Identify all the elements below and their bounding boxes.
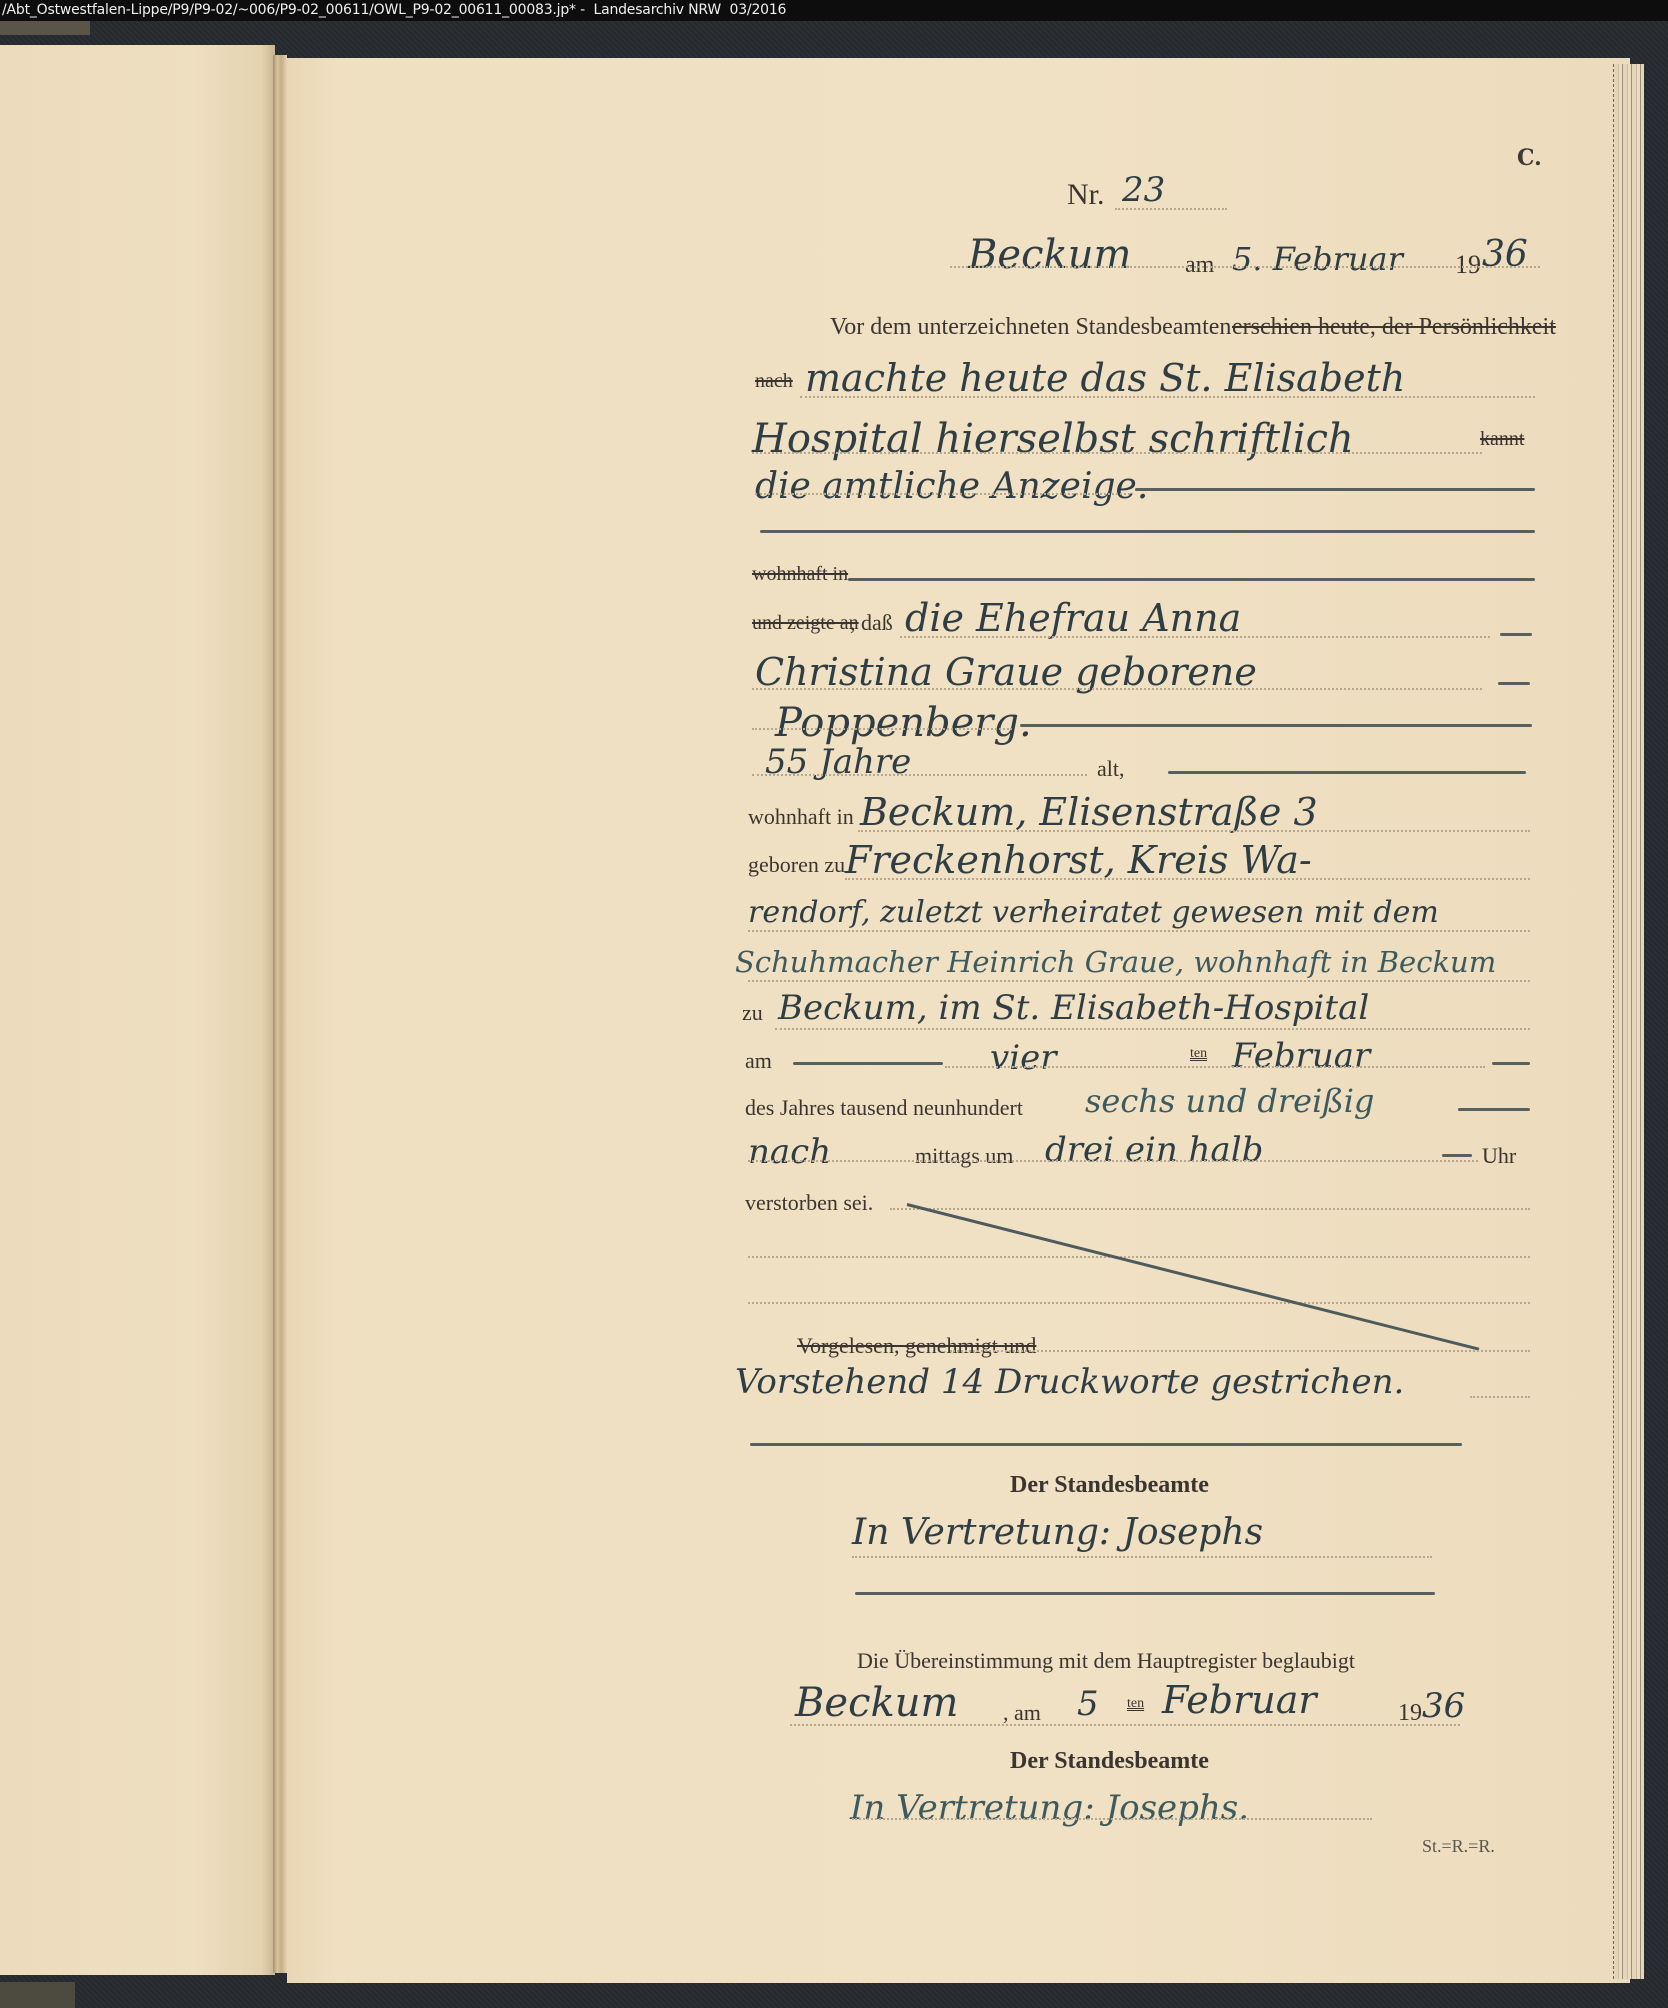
cover-edge-bottom bbox=[0, 1982, 75, 2008]
born-value: Freckenhorst, Kreis Wa- bbox=[845, 838, 1312, 882]
intro-printed: Vor dem unterzeichneten Standesbeamten bbox=[830, 314, 1231, 341]
left-page-blank bbox=[0, 45, 275, 1975]
cert-month: Februar bbox=[1162, 1678, 1317, 1722]
residence-label: wohnhaft in bbox=[748, 804, 854, 830]
fill-dash-16 bbox=[1458, 1108, 1530, 1111]
year-prefix: 19 bbox=[1455, 250, 1481, 280]
year-suffix: 36 bbox=[1482, 234, 1528, 275]
vorgelesen-struck: Vorgelesen, genehmigt und bbox=[797, 1333, 1036, 1359]
cert-sign-dotline bbox=[852, 1818, 1372, 1820]
born-line-2: Schuhmacher Heinrich Graue, wohnhaft in … bbox=[735, 945, 1496, 979]
death-month: Februar bbox=[1232, 1036, 1370, 1076]
fill-dash-15 bbox=[1492, 1062, 1530, 1065]
date-dotline bbox=[950, 266, 1540, 268]
dotline-6 bbox=[900, 636, 1490, 638]
dotline-18 bbox=[890, 1208, 1530, 1210]
corner-mark: C. bbox=[1517, 145, 1542, 171]
report-line-1: machte heute das St. Elisabeth bbox=[805, 356, 1405, 400]
nach-struck: nach bbox=[755, 370, 793, 393]
place-handwritten: Beckum bbox=[968, 232, 1131, 278]
fill-rule-9 bbox=[1168, 771, 1526, 774]
dotline-20 bbox=[748, 1302, 1530, 1304]
dotline-19 bbox=[748, 1256, 1530, 1258]
signature-rule bbox=[855, 1592, 1435, 1595]
fill-rule-3 bbox=[1135, 488, 1535, 491]
cert-day: 5 bbox=[1077, 1684, 1099, 1724]
official-title: Der Standesbeamte bbox=[1010, 1472, 1209, 1499]
dotline-11 bbox=[845, 878, 1530, 880]
deceased-line-1: die Ehefrau Anna bbox=[905, 596, 1241, 640]
fill-dash-17 bbox=[1442, 1154, 1472, 1157]
dotline-8 bbox=[752, 728, 1012, 730]
fill-rule-8 bbox=[1020, 724, 1532, 727]
death-time: drei ein halb bbox=[1045, 1130, 1263, 1170]
dotline-22 bbox=[1470, 1396, 1530, 1398]
record-number: 23 bbox=[1122, 170, 1165, 210]
uhr-label: Uhr bbox=[1482, 1143, 1516, 1169]
dotline-2 bbox=[752, 452, 1482, 454]
number-dotline bbox=[1115, 208, 1227, 210]
dotline-sign bbox=[852, 1556, 1432, 1558]
form-code: St.=R.=R. bbox=[1422, 1836, 1495, 1857]
fill-rule-4 bbox=[760, 530, 1535, 533]
cert-year-suffix: 36 bbox=[1422, 1686, 1465, 1726]
residence-value: Beckum, Elisenstraße 3 bbox=[860, 790, 1318, 834]
closing-rule bbox=[750, 1443, 1462, 1446]
report-line-2: Hospital hierselbst schriftlich bbox=[752, 416, 1354, 462]
fill-dash-6 bbox=[1500, 633, 1532, 636]
kannt-struck: kannt bbox=[1480, 428, 1524, 451]
deceased-line-3: Poppenberg. bbox=[775, 700, 1032, 746]
correction-note: Vorstehend 14 Druckworte gestrichen. bbox=[735, 1362, 1404, 1402]
cover-edge-top bbox=[0, 21, 90, 35]
cert-year-prefix: 19 bbox=[1398, 1700, 1422, 1727]
cert-am-label: , am bbox=[1003, 1700, 1041, 1726]
book-gutter bbox=[273, 55, 287, 1973]
death-day: vier bbox=[990, 1038, 1056, 1078]
cert-ten-label: ten bbox=[1127, 1696, 1144, 1712]
dotline-12 bbox=[748, 930, 1530, 932]
fill-rule-5 bbox=[848, 578, 1535, 581]
fill-dash-7 bbox=[1498, 682, 1530, 685]
zeigte-struck: und zeigte an bbox=[752, 612, 859, 635]
alt-label: alt, bbox=[1097, 756, 1125, 782]
dotline-7 bbox=[752, 688, 1482, 690]
time-label: mittags um bbox=[915, 1143, 1013, 1169]
death-year-words: sechs und dreißig bbox=[1085, 1082, 1374, 1120]
cert-place: Beckum bbox=[795, 1680, 958, 1726]
dass-label: , daß bbox=[850, 610, 893, 636]
death-place: Beckum, im St. Elisabeth-Hospital bbox=[778, 988, 1369, 1028]
dotline-15 bbox=[945, 1066, 1485, 1068]
born-label: geboren zu bbox=[748, 852, 845, 878]
cert-signature: In Vertretung: Josephs. bbox=[850, 1788, 1249, 1828]
certification-text: Die Übereinstimmung mit dem Hauptregiste… bbox=[857, 1648, 1355, 1674]
dotline-21 bbox=[950, 1350, 1530, 1352]
dotline-3 bbox=[755, 493, 1130, 495]
zu-label: zu bbox=[742, 1000, 763, 1026]
time-prefix: nach bbox=[748, 1132, 831, 1172]
dotline-10 bbox=[858, 830, 1530, 832]
verstorben-label: verstorben sei. bbox=[745, 1190, 873, 1216]
wohnhaft-struck: wohnhaft in bbox=[752, 563, 848, 586]
born-line-1: rendorf, zuletzt verheiratet gewesen mit… bbox=[748, 895, 1439, 930]
page-stack-line bbox=[1613, 64, 1615, 1979]
official-signature: In Vertretung: Josephs bbox=[852, 1512, 1263, 1553]
year-label: des Jahres tausend neunhundert bbox=[745, 1095, 1023, 1121]
dotline-9 bbox=[752, 774, 1087, 776]
dotline-14 bbox=[775, 1028, 1530, 1030]
number-label: Nr. bbox=[1067, 178, 1105, 212]
dotline-13 bbox=[748, 980, 1530, 982]
dotline-17 bbox=[748, 1160, 1478, 1162]
page-stack-edge bbox=[1614, 64, 1644, 1979]
cert-dotline bbox=[790, 1724, 1460, 1726]
age-value: 55 Jahre bbox=[765, 742, 911, 782]
dotline-1 bbox=[800, 396, 1535, 398]
report-line-3: die amtliche Anzeige. bbox=[755, 466, 1148, 507]
fill-rule-15 bbox=[793, 1062, 943, 1065]
intro-struck: erschien heute, der Persönlichkeit bbox=[1232, 314, 1556, 341]
date-handwritten: 5. Februar bbox=[1232, 240, 1403, 278]
ten-label: ten bbox=[1190, 1046, 1207, 1062]
cert-official-title: Der Standesbeamte bbox=[1010, 1748, 1209, 1775]
window-title-bar: /Abt_Ostwestfalen-Lippe/P9/P9-02/~006/P9… bbox=[0, 0, 1668, 21]
am-death-label: am bbox=[745, 1048, 772, 1074]
